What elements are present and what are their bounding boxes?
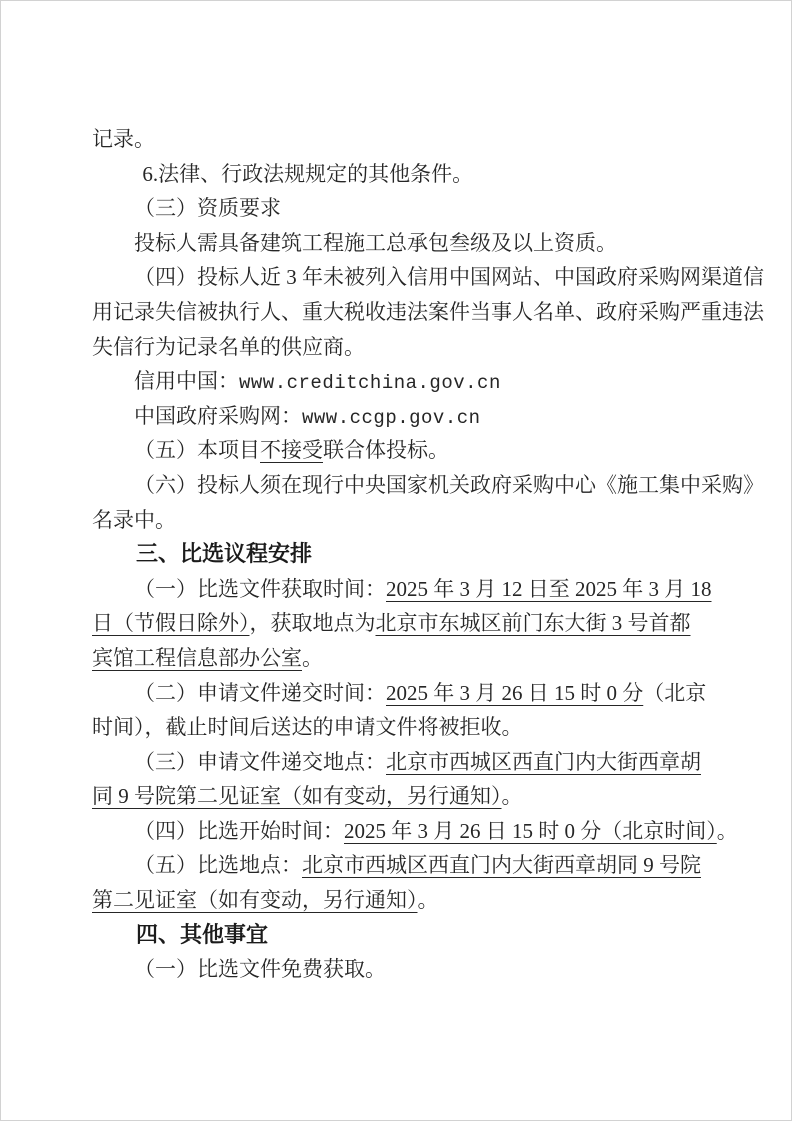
text-line: （六）投标人须在现行中央国家机关政府采购中心《施工集中采购》 — [92, 468, 706, 503]
text-line: （一）比选文件获取时间：2025 年 3 月 12 日至 2025 年 3 月 … — [92, 572, 706, 607]
text-segment: 记录。 — [92, 127, 155, 151]
text-segment: （北京 — [643, 681, 706, 705]
underlined-text: 第二见证室（如有变动，另行通知） — [92, 888, 418, 912]
text-segment: 。 — [302, 646, 323, 670]
text-segment: 用记录失信被执行人、重大税收违法案件当事人名单、政府采购严重违法 — [92, 300, 764, 324]
underlined-text: 北京市西城区西直门内大街西章胡 — [386, 750, 701, 774]
underlined-text: 2025 年 3 月 26 日 15 时 0 分 — [386, 681, 643, 705]
text-segment: （三）申请文件递交地点： — [134, 750, 386, 774]
text-segment: 失信行为记录名单的供应商。 — [92, 335, 365, 359]
text-segment: （四）比选开始时间： — [134, 819, 344, 843]
text-segment: （六）投标人须在现行中央国家机关政府采购中心《施工集中采购》 — [134, 473, 764, 497]
underlined-text: 同 9 号院第二见证室（如有变动，另行通知） — [92, 784, 502, 808]
text-segment: （三）资质要求 — [134, 196, 281, 220]
text-line: 同 9 号院第二见证室（如有变动，另行通知）。 — [92, 779, 706, 814]
section-heading: 四、其他事宜 — [92, 918, 706, 953]
text-line: （五）比选地点：北京市西城区西直门内大街西章胡同 9 号院 — [92, 848, 706, 883]
text-segment: （五）比选地点： — [134, 853, 302, 877]
text-line: 记录。 — [92, 122, 706, 157]
text-segment: 投标人需具备建筑工程施工总承包叁级及以上资质。 — [134, 231, 617, 255]
text-segment: 名录中。 — [92, 508, 176, 532]
text-segment: （五）本项目 — [134, 438, 260, 462]
text-segment: （一）比选文件免费获取。 — [134, 957, 386, 981]
text-segment: 。 — [502, 784, 523, 808]
text-line: （三）资质要求 — [92, 191, 706, 226]
text-segment: 四、其他事宜 — [136, 922, 268, 947]
text-segment: www.ccgp.gov.cn — [302, 407, 481, 429]
text-line: （一）比选文件免费获取。 — [92, 952, 706, 987]
text-line: 失信行为记录名单的供应商。 — [92, 330, 706, 365]
text-line: 名录中。 — [92, 503, 706, 538]
text-line: 用记录失信被执行人、重大税收违法案件当事人名单、政府采购严重违法 — [92, 295, 706, 330]
underlined-text: 2025 年 3 月 26 日 15 时 0 分（北京时间） — [344, 819, 717, 843]
text-segment: 中国政府采购网： — [134, 404, 302, 428]
text-segment: 6.法律、行政法规规定的其他条件。 — [142, 162, 473, 186]
document-body: 记录。6.法律、行政法规规定的其他条件。（三）资质要求投标人需具备建筑工程施工总… — [92, 122, 706, 987]
text-segment: 三、比选议程安排 — [136, 541, 312, 566]
text-line: （二）申请文件递交时间：2025 年 3 月 26 日 15 时 0 分（北京 — [92, 676, 706, 711]
underlined-text: 不接受 — [260, 438, 323, 462]
text-segment: www.creditchina.gov.cn — [239, 372, 501, 394]
text-line: 信用中国：www.creditchina.gov.cn — [92, 364, 706, 399]
text-line: （三）申请文件递交地点：北京市西城区西直门内大街西章胡 — [92, 745, 706, 780]
text-line: 中国政府采购网：www.ccgp.gov.cn — [92, 399, 706, 434]
text-segment: 信用中国： — [134, 369, 239, 393]
underlined-text: 宾馆工程信息部办公室 — [92, 646, 302, 670]
text-line: 宾馆工程信息部办公室。 — [92, 641, 706, 676]
text-line: （五）本项目不接受联合体投标。 — [92, 433, 706, 468]
text-segment: 。 — [418, 888, 439, 912]
underlined-text: 日（节假日除外） — [92, 611, 250, 635]
text-line: （四）比选开始时间：2025 年 3 月 26 日 15 时 0 分（北京时间）… — [92, 814, 706, 849]
underlined-text: 北京市西城区西直门内大街西章胡同 9 号院 — [302, 853, 701, 877]
text-segment: （一）比选文件获取时间： — [134, 577, 386, 601]
text-segment: 。 — [717, 819, 738, 843]
text-line: 6.法律、行政法规规定的其他条件。 — [92, 157, 706, 192]
text-line: 投标人需具备建筑工程施工总承包叁级及以上资质。 — [92, 226, 706, 261]
underlined-text: 2025 年 3 月 12 日至 2025 年 3 月 18 — [386, 577, 712, 601]
text-line: 日（节假日除外），获取地点为北京市东城区前门东大街 3 号首都 — [92, 606, 706, 641]
text-line: 第二见证室（如有变动，另行通知）。 — [92, 883, 706, 918]
document-page: 记录。6.法律、行政法规规定的其他条件。（三）资质要求投标人需具备建筑工程施工总… — [0, 0, 792, 1121]
text-segment: 时间），截止时间后送达的申请文件将被拒收。 — [92, 715, 523, 739]
text-segment: ，获取地点为 — [250, 611, 376, 635]
section-heading: 三、比选议程安排 — [92, 537, 706, 572]
text-segment: （二）申请文件递交时间： — [134, 681, 386, 705]
text-segment: 联合体投标。 — [323, 438, 449, 462]
underlined-text: 北京市东城区前门东大街 3 号首都 — [376, 611, 691, 635]
text-line: （四）投标人近 3 年未被列入信用中国网站、中国政府采购网渠道信 — [92, 260, 706, 295]
text-segment: （四）投标人近 3 年未被列入信用中国网站、中国政府采购网渠道信 — [134, 265, 764, 289]
text-line: 时间），截止时间后送达的申请文件将被拒收。 — [92, 710, 706, 745]
